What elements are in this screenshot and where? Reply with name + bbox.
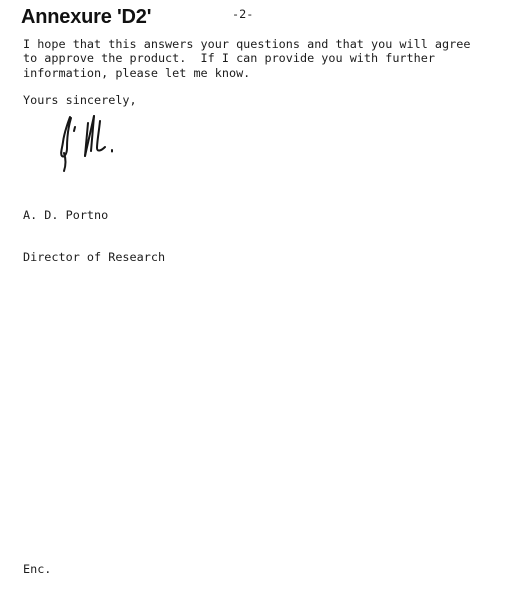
signature-icon [55,112,121,176]
page-number: -2- [232,7,253,21]
annexure-heading: Annexure 'D2' [21,7,151,27]
signer-name: A. D. Portno [23,208,165,222]
enclosure-note: Enc. [23,562,51,576]
closing-line: Yours sincerely, [23,93,137,107]
signature-block: A. D. Portno Director of Research [23,179,165,293]
letter-page: Annexure 'D2' -2- I hope that this answe… [0,0,518,599]
handwritten-signature [55,112,121,176]
signer-title: Director of Research [23,250,165,264]
body-paragraph: I hope that this answers your questions … [23,37,470,80]
